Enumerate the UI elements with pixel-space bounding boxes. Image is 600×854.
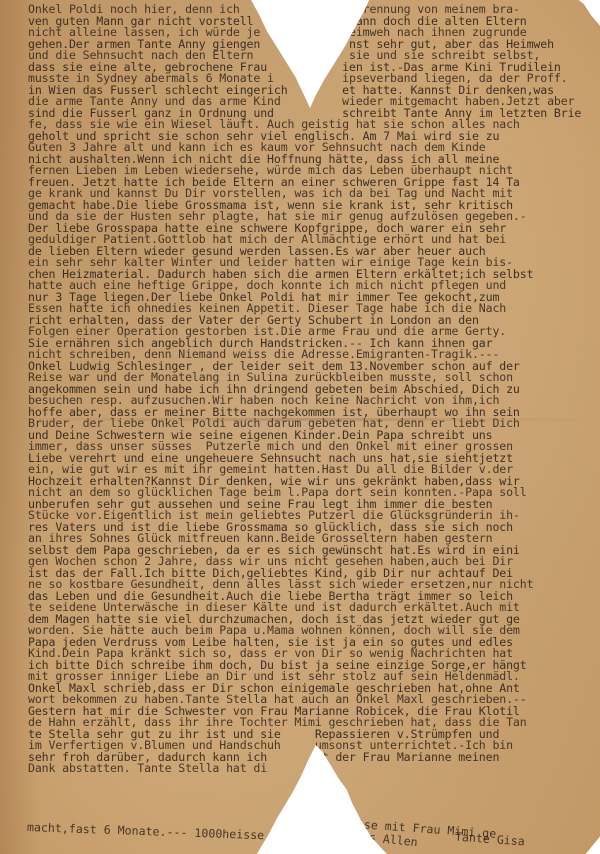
torn-corner-bottom-right (584, 834, 600, 854)
closing-line-left: macht,fast 6 Monate.--- 1000heisse (27, 820, 265, 842)
signature: Tante Gisa (455, 830, 526, 849)
letter-body: Onkel Poldi noch hier, denn ich e Trennu… (28, 4, 588, 775)
letter-paper: Onkel Poldi noch hier, denn ich e Trennu… (0, 0, 600, 854)
